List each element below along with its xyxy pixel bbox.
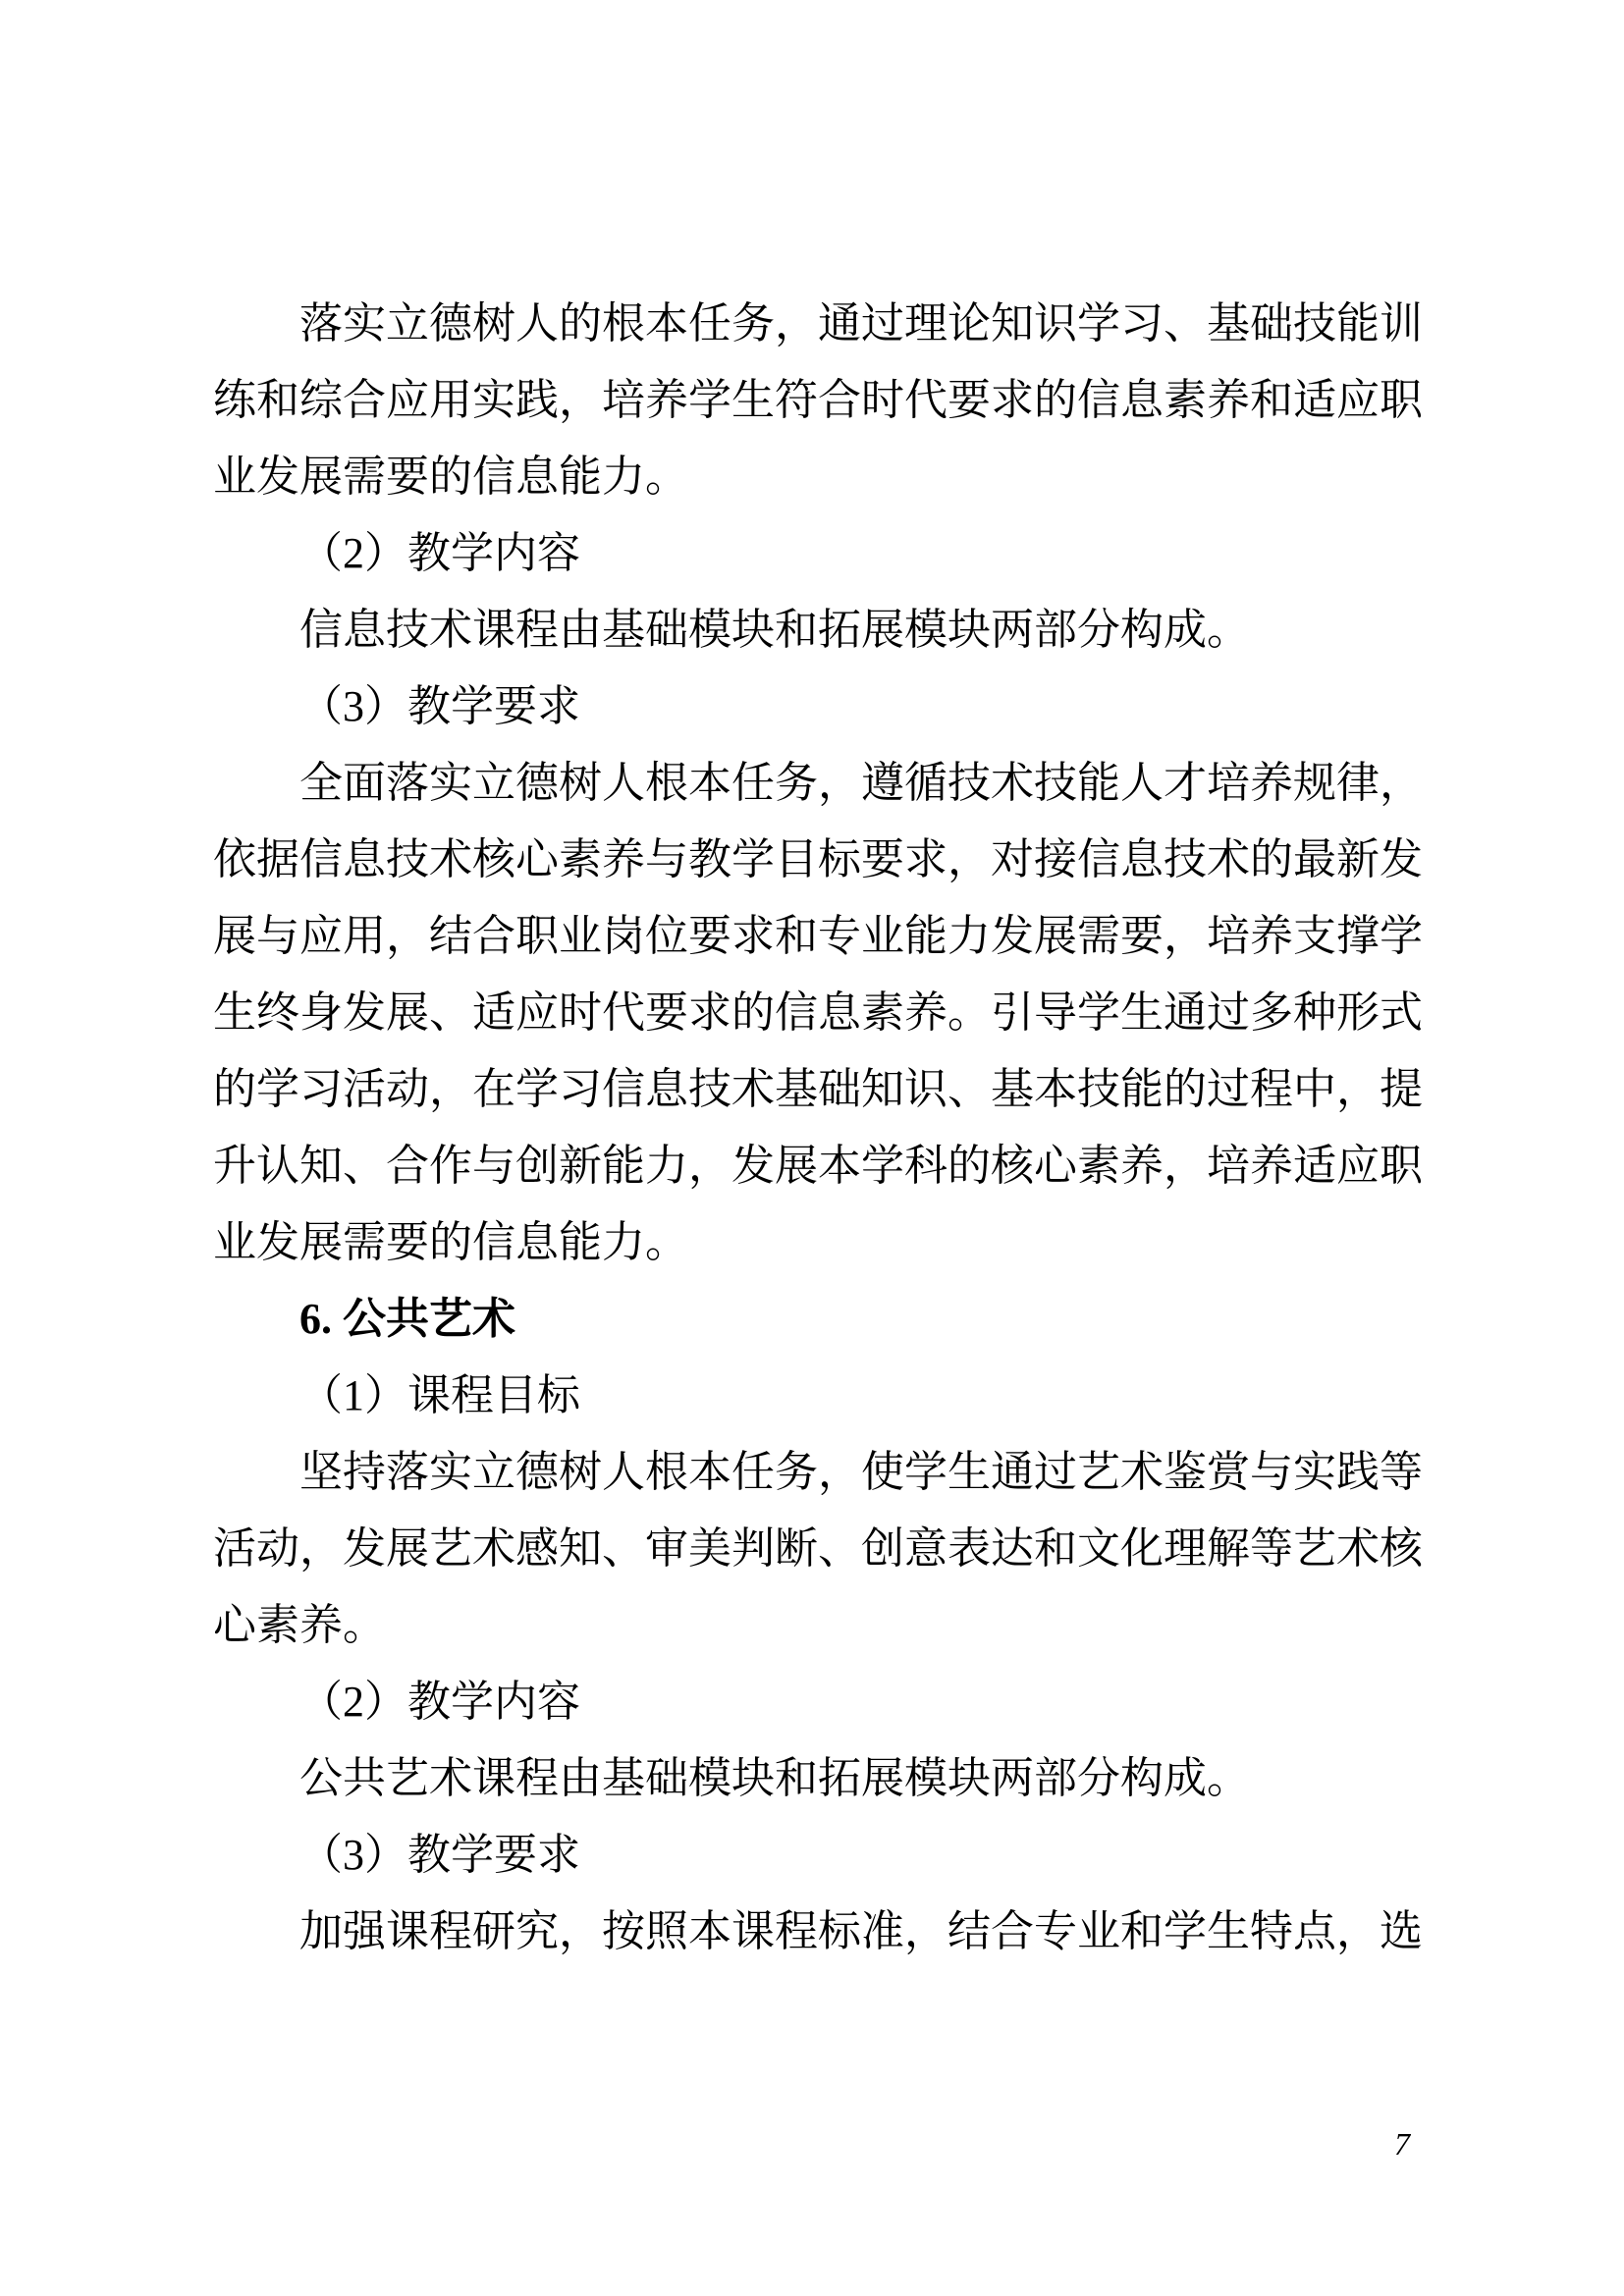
body-line: 展与应用，结合职业岗位要求和专业能力发展需要，培养支撑学 [213, 898, 1411, 975]
document-page: 落实立德树人的根本任务，通过理论知识学习、基础技能训 练和综合应用实践，培养学生… [0, 0, 1624, 2296]
body-line: 落实立德树人的根本任务，通过理论知识学习、基础技能训 [213, 286, 1411, 362]
text-block: 落实立德树人的根本任务，通过理论知识学习、基础技能训 练和综合应用实践，培养学生… [213, 286, 1411, 1970]
subheading-2-teaching-content: （2）教学内容 [213, 515, 1411, 592]
body-line: 业发展需要的信息能力。 [213, 439, 1411, 515]
body-line: 业发展需要的信息能力。 [213, 1204, 1411, 1281]
subheading-2-teaching-content-art: （2）教学内容 [213, 1664, 1411, 1740]
body-line: 依据信息技术核心素养与教学目标要求，对接信息技术的最新发 [213, 822, 1411, 898]
body-line: 加强课程研究，按照本课程标准，结合专业和学生特点，选 [213, 1894, 1411, 1970]
subheading-3-teaching-requirements: （3）教学要求 [213, 668, 1411, 745]
subheading-3-teaching-requirements-art: （3）教学要求 [213, 1817, 1411, 1894]
body-line: 生终身发展、适应时代要求的信息素养。引导学生通过多种形式 [213, 975, 1411, 1051]
body-line: 练和综合应用实践，培养学生符合时代要求的信息素养和适应职 [213, 362, 1411, 439]
body-line: 公共艺术课程由基础模块和拓展模块两部分构成。 [213, 1740, 1411, 1817]
body-line: 升认知、合作与创新能力，发展本学科的核心素养，培养适应职 [213, 1128, 1411, 1204]
body-line: 信息技术课程由基础模块和拓展模块两部分构成。 [213, 592, 1411, 668]
page-number: 7 [1394, 2120, 1410, 2167]
body-line: 坚持落实立德树人根本任务，使学生通过艺术鉴赏与实践等 [213, 1434, 1411, 1511]
body-line: 活动，发展艺术感知、审美判断、创意表达和文化理解等艺术核 [213, 1511, 1411, 1587]
body-line: 的学习活动，在学习信息技术基础知识、基本技能的过程中，提 [213, 1051, 1411, 1128]
heading-6-public-art: 6. 公共艺术 [213, 1281, 1411, 1358]
subheading-1-course-objectives: （1）课程目标 [213, 1358, 1411, 1434]
body-line: 全面落实立德树人根本任务，遵循技术技能人才培养规律， [213, 745, 1411, 822]
body-line: 心素养。 [213, 1587, 1411, 1664]
